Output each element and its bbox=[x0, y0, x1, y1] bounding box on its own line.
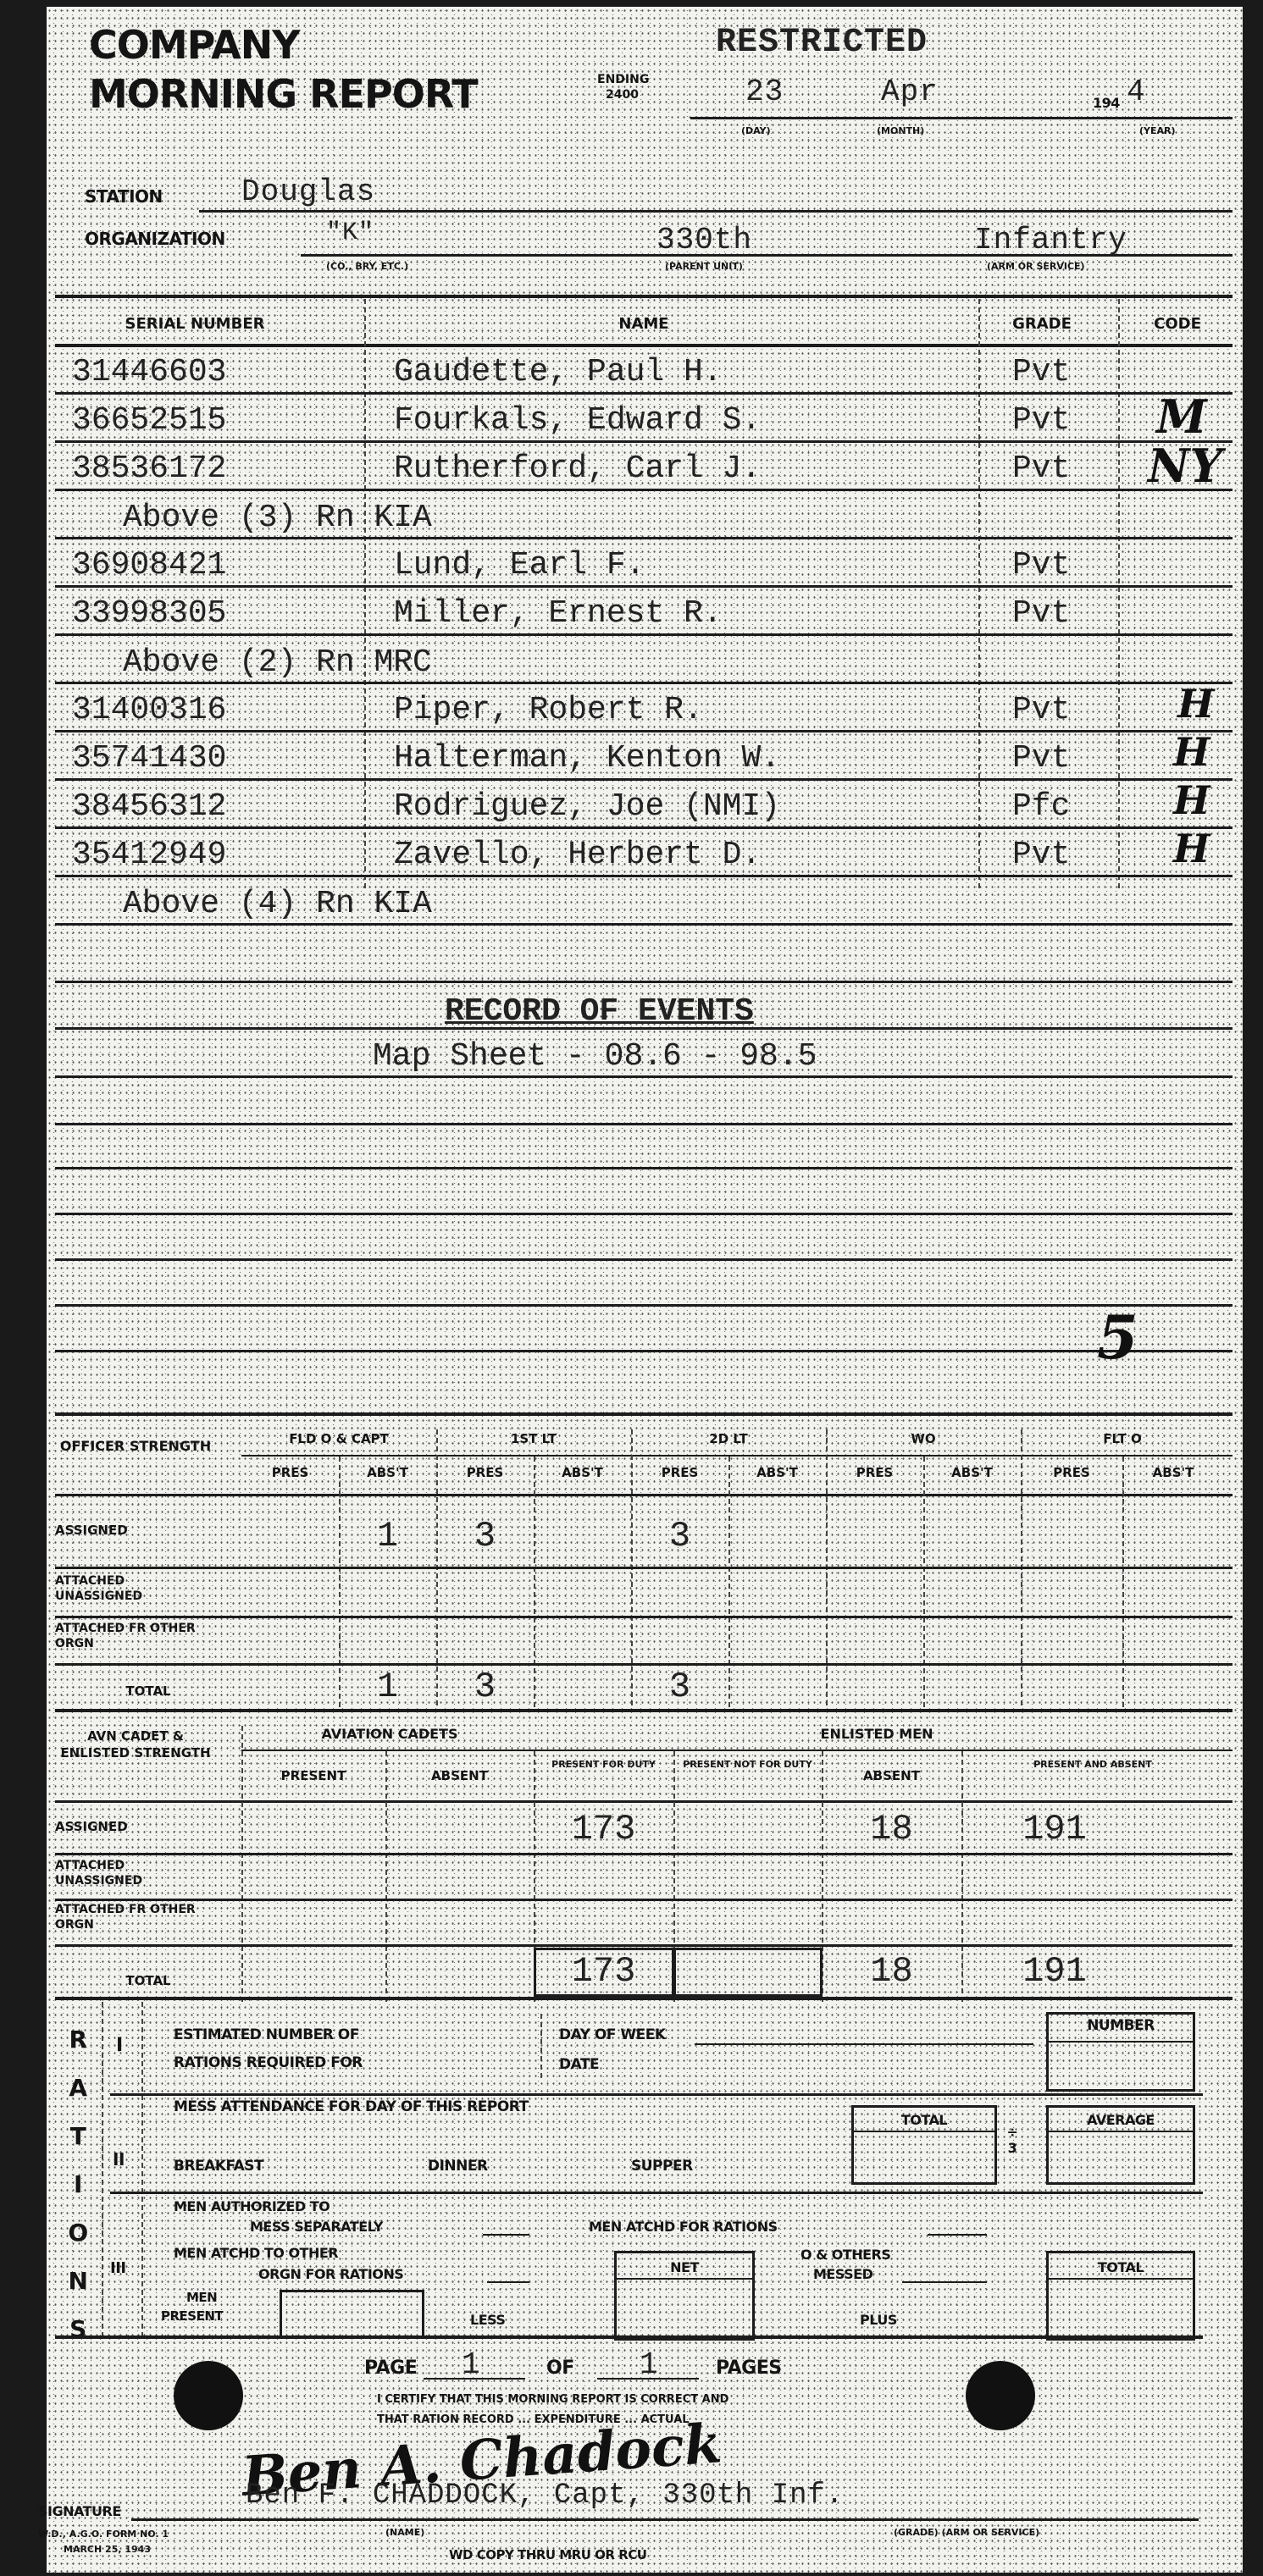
messed-field[interactable] bbox=[902, 2281, 987, 2283]
total-present-not-duty-box bbox=[673, 1948, 823, 1997]
report-day: 23 bbox=[745, 75, 784, 109]
total-pages: 1 bbox=[640, 2347, 659, 2382]
row-rule bbox=[55, 1350, 1233, 1352]
group-fld-capt: FLD O & CAPT bbox=[241, 1431, 436, 1446]
row-rule bbox=[55, 1853, 1233, 1855]
row-rule bbox=[55, 1304, 1233, 1307]
1st-lt-present-assigned: 3 bbox=[436, 1516, 534, 1556]
ending-label: ENDING bbox=[597, 73, 649, 86]
group-enlisted-men: ENLISTED MEN bbox=[707, 1726, 1046, 1742]
map-sheet-line: Map Sheet - 08.6 - 98.5 bbox=[373, 1038, 817, 1075]
soldier-name: Rutherford, Carl J. bbox=[394, 451, 761, 487]
date-label: DATE bbox=[559, 2056, 599, 2073]
col-divider bbox=[923, 1457, 925, 1711]
dinner-label[interactable]: DINNER bbox=[428, 2158, 488, 2175]
subcol: PRES bbox=[1021, 1465, 1122, 1480]
orgn-for-rations-field[interactable] bbox=[487, 2281, 529, 2283]
rations-divider bbox=[540, 2014, 542, 2081]
form-number: W.D., A.G.O. FORM NO. 1 bbox=[38, 2529, 169, 2540]
serial-number: 36908421 bbox=[72, 547, 226, 583]
parent-caption: (PARENT UNIT) bbox=[665, 261, 743, 272]
page-label: PAGE bbox=[364, 2358, 417, 2379]
ending-time-label: 2400 bbox=[606, 88, 639, 102]
rations-total-label: TOTAL bbox=[1046, 2259, 1195, 2275]
mess-separately-field[interactable] bbox=[483, 2234, 529, 2236]
row-rule bbox=[55, 826, 1233, 829]
mess-separately-label: MESS SEPARATELY bbox=[250, 2219, 383, 2235]
row-label-attached-unassigned: ATTACHED UNASSIGNED bbox=[55, 1858, 208, 1888]
date-underline bbox=[690, 117, 1233, 119]
handwritten-code: M bbox=[1156, 390, 1207, 444]
row-rule bbox=[110, 2192, 1203, 2194]
col-code: CODE bbox=[1127, 315, 1228, 333]
present-for-duty-total: 173 bbox=[534, 1951, 673, 1992]
row-rule bbox=[55, 392, 1233, 395]
handwritten-code: H bbox=[1173, 729, 1210, 775]
row-rule bbox=[1049, 2131, 1193, 2132]
row-label-attached-unassigned: ATTACHED UNASSIGNED bbox=[55, 1573, 208, 1604]
month-caption: (MONTH) bbox=[877, 125, 924, 136]
subcol: ABS'T bbox=[923, 1465, 1021, 1480]
row-rule bbox=[55, 585, 1233, 588]
plus-label: PLUS bbox=[860, 2312, 897, 2328]
officer-strength-title: OFFICER STRENGTH bbox=[59, 1438, 212, 1455]
col-divider bbox=[728, 1457, 730, 1711]
net-label: NET bbox=[614, 2259, 755, 2275]
present-and-absent-total: 191 bbox=[961, 1951, 1148, 1992]
section-divider bbox=[55, 2336, 1203, 2339]
side-letter: A bbox=[65, 2064, 91, 2112]
station-label: STATION bbox=[85, 186, 163, 207]
row-rule bbox=[55, 1616, 1233, 1618]
report-year: 4 bbox=[1127, 75, 1146, 109]
soldier-name: Zavello, Herbert D. bbox=[394, 837, 761, 873]
of-label: OF bbox=[546, 2358, 574, 2379]
row-rule bbox=[241, 1750, 1233, 1751]
o-others-label: O & OTHERS bbox=[800, 2247, 890, 2263]
present-for-duty-assigned: 173 bbox=[534, 1809, 673, 1849]
section-iii-number: III bbox=[110, 2259, 126, 2277]
grade: Pvt bbox=[1012, 402, 1070, 439]
grade: Pvt bbox=[1012, 740, 1070, 777]
row-rule bbox=[55, 489, 1233, 491]
present-and-absent-assigned: 191 bbox=[961, 1809, 1148, 1849]
grade: Pvt bbox=[1012, 837, 1070, 873]
serial-number: 38536172 bbox=[72, 451, 226, 487]
row-label-total: TOTAL bbox=[97, 1683, 199, 1699]
orgn-for-rations-label: ORGN FOR RATIONS bbox=[258, 2266, 403, 2282]
section-ii-number: II bbox=[113, 2149, 125, 2170]
fld-capt-absent-total: 1 bbox=[339, 1667, 436, 1707]
group-2d-lt: 2D LT bbox=[631, 1431, 826, 1446]
less-label: LESS bbox=[470, 2312, 505, 2328]
present-label: PRESENT bbox=[161, 2308, 223, 2324]
subcol: ABS'T bbox=[728, 1465, 826, 1480]
record-of-events-title: RECORD OF EVENTS bbox=[445, 993, 754, 1030]
pages-underline bbox=[597, 2378, 699, 2380]
form-title-morning-report: MORNING REPORT bbox=[89, 73, 478, 115]
row-rule bbox=[55, 1123, 1233, 1125]
col-divider bbox=[385, 1751, 387, 2005]
serial-number: 33998305 bbox=[72, 595, 226, 632]
handwritten-code: H bbox=[1173, 777, 1210, 823]
year-caption: (YEAR) bbox=[1139, 125, 1176, 136]
col-divider bbox=[1122, 1457, 1124, 1711]
subcol: PRES bbox=[241, 1465, 339, 1480]
estimated-rations-label: ESTIMATED NUMBER OF bbox=[174, 2026, 359, 2043]
col-cadet-absent: ABSENT bbox=[385, 1768, 534, 1783]
soldier-name: Piper, Robert R. bbox=[394, 692, 703, 728]
row-rule bbox=[55, 537, 1233, 539]
number-label: NUMBER bbox=[1046, 2017, 1195, 2034]
breakfast-label[interactable]: BREAKFAST bbox=[174, 2158, 263, 2175]
col-serial-number: SERIAL NUMBER bbox=[64, 315, 326, 333]
col-divider bbox=[1021, 1429, 1022, 1711]
row-rule bbox=[55, 875, 1233, 877]
row-rule bbox=[55, 1800, 1233, 1803]
form-title-company: COMPANY bbox=[89, 24, 300, 66]
supper-label[interactable]: SUPPER bbox=[631, 2158, 693, 2175]
grade: Pvt bbox=[1012, 354, 1070, 390]
roster-note: Above (2) Rn MRC bbox=[123, 644, 432, 681]
section-divider bbox=[55, 1997, 1233, 2000]
row-rule bbox=[617, 2278, 752, 2280]
binder-hole-right bbox=[966, 2361, 1035, 2430]
signer-typed-name: Ben F. CHADDOCK, Capt, 330th Inf. bbox=[246, 2479, 844, 2512]
group-1st-lt: 1ST LT bbox=[436, 1431, 631, 1446]
absent-assigned: 18 bbox=[822, 1809, 961, 1849]
serial-number: 38456312 bbox=[72, 788, 226, 825]
binder-hole-left bbox=[174, 2361, 243, 2430]
roster-header-rule bbox=[55, 344, 1233, 347]
subcol: ABS'T bbox=[1122, 1465, 1224, 1480]
fld-capt-absent-assigned: 1 bbox=[339, 1516, 436, 1556]
row-rule bbox=[55, 1663, 1233, 1666]
2d-lt-present-assigned: 3 bbox=[631, 1516, 728, 1556]
handwritten-code: NY bbox=[1148, 439, 1222, 493]
row-label-attached-fr-other: ATTACHED FR OTHER ORGN bbox=[55, 1902, 208, 1932]
rations-required-label: RATIONS REQUIRED FOR bbox=[174, 2054, 363, 2071]
day-of-week-field[interactable] bbox=[695, 2043, 1033, 2045]
row-rule bbox=[55, 1944, 1233, 1947]
col-present-for-duty: PRESENT FOR DUTY bbox=[534, 1758, 673, 1772]
row-rule bbox=[854, 2131, 994, 2132]
row-rule bbox=[1049, 2278, 1193, 2280]
grade: Pfc bbox=[1012, 788, 1070, 825]
men-atchd-other-label: MEN ATCHD TO OTHER bbox=[174, 2245, 338, 2261]
men-atchd-rations-label: MEN ATCHD FOR RATIONS bbox=[589, 2219, 778, 2235]
row-rule bbox=[55, 730, 1233, 732]
col-divider bbox=[826, 1429, 828, 1711]
men-present-label: MEN bbox=[186, 2290, 217, 2305]
unit-caption: (CO., BRY, ETC.) bbox=[326, 261, 408, 272]
col-present-not-for-duty: PRESENT NOT FOR DUTY bbox=[673, 1758, 822, 1772]
row-label-attached-fr-other: ATTACHED FR OTHER ORGN bbox=[55, 1621, 208, 1651]
row-rule bbox=[55, 981, 1233, 983]
section-divider bbox=[55, 1709, 1233, 1712]
serial-number: 31400316 bbox=[72, 692, 226, 728]
row-rule bbox=[55, 1494, 1233, 1496]
group-wo: WO bbox=[826, 1431, 1021, 1446]
report-month: Apr bbox=[881, 75, 939, 109]
margin-mark: 5 bbox=[1097, 1302, 1138, 1373]
col-enlisted-absent: ABSENT bbox=[822, 1768, 961, 1783]
row-rule bbox=[55, 923, 1233, 926]
soldier-name: Gaudette, Paul H. bbox=[394, 354, 723, 390]
subcol: ABS'T bbox=[339, 1465, 436, 1480]
row-rule bbox=[55, 1258, 1233, 1261]
grade: Pvt bbox=[1012, 692, 1070, 728]
side-letter: R bbox=[65, 2015, 91, 2064]
serial-number: 31446603 bbox=[72, 354, 226, 390]
grade: Pvt bbox=[1012, 595, 1070, 632]
men-atchd-rations-field[interactable] bbox=[928, 2234, 987, 2236]
station-underline bbox=[199, 210, 1233, 213]
col-name: NAME bbox=[368, 315, 919, 333]
roster-col-divider bbox=[364, 299, 366, 892]
side-letter: O bbox=[65, 2208, 91, 2257]
section-divider bbox=[55, 1412, 1233, 1416]
row-rule bbox=[55, 1213, 1233, 1215]
row-rule bbox=[55, 1567, 1233, 1569]
group-aviation-cadets: AVIATION CADETS bbox=[241, 1726, 538, 1742]
org-arm-service: Infantry bbox=[974, 223, 1127, 257]
side-letter: N bbox=[65, 2257, 91, 2305]
signature-line bbox=[131, 2518, 1199, 2521]
day-caption: (DAY) bbox=[741, 125, 771, 136]
day-of-week-label: DAY OF WEEK bbox=[559, 2026, 666, 2043]
enlisted-strength-title: AVN CADET & ENLISTED STRENGTH bbox=[59, 1727, 212, 1761]
soldier-name: Rodriguez, Joe (NMI) bbox=[394, 788, 780, 825]
soldier-name: Halterman, Kenton W. bbox=[394, 740, 780, 777]
col-present-and-absent: PRESENT AND ABSENT bbox=[961, 1758, 1224, 1772]
roster-note: Above (3) Rn KIA bbox=[123, 500, 432, 536]
year-prefix: 194 bbox=[1093, 95, 1120, 111]
subcol: PRES bbox=[436, 1465, 534, 1480]
classification-stamp: RESTRICTED bbox=[716, 24, 928, 62]
roster-col-divider bbox=[978, 299, 980, 892]
subcol: PRES bbox=[631, 1465, 728, 1480]
subcol: ABS'T bbox=[534, 1465, 631, 1480]
row-rule bbox=[55, 778, 1233, 781]
page-underline bbox=[424, 2378, 525, 2380]
signature-label: SIGNATURE bbox=[38, 2503, 121, 2519]
row-label-assigned: ASSIGNED bbox=[55, 1523, 208, 1538]
men-authorized-label: MEN AUTHORIZED TO bbox=[174, 2198, 330, 2214]
certification-line-1: I CERTIFY THAT THIS MORNING REPORT IS CO… bbox=[377, 2393, 728, 2406]
side-letter: I bbox=[65, 2160, 91, 2208]
serial-number: 36652515 bbox=[72, 402, 226, 439]
arm-caption: (ARM OR SERVICE) bbox=[987, 261, 1085, 272]
header-divider bbox=[55, 295, 1233, 298]
row-rule bbox=[55, 1167, 1233, 1169]
row-label-total: TOTAL bbox=[97, 1973, 199, 1988]
soldier-name: Lund, Earl F. bbox=[394, 547, 645, 583]
2d-lt-present-total: 3 bbox=[631, 1667, 728, 1707]
organization-underline bbox=[301, 254, 1233, 257]
grade: Pvt bbox=[1012, 451, 1070, 487]
organization-label: ORGANIZATION bbox=[85, 229, 225, 249]
row-rule bbox=[55, 440, 1233, 443]
station-value: Douglas bbox=[241, 174, 375, 209]
handwritten-code: H bbox=[1177, 681, 1214, 727]
col-grade: GRADE bbox=[983, 315, 1101, 333]
org-unit: "K" bbox=[326, 218, 374, 247]
men-present-box[interactable] bbox=[280, 2290, 424, 2339]
row-rule bbox=[110, 2093, 1203, 2096]
rations-side-label: R A T I O N S bbox=[65, 2015, 91, 2353]
wd-copy-label: WD COPY THRU MRU OR RCU bbox=[449, 2547, 646, 2562]
row-rule bbox=[55, 1027, 1233, 1030]
col-divider bbox=[534, 1457, 535, 1711]
org-parent-unit: 330th bbox=[656, 223, 752, 257]
soldier-name: Fourkals, Edward S. bbox=[394, 402, 761, 439]
row-rule bbox=[55, 682, 1233, 684]
grade: Pvt bbox=[1012, 547, 1070, 583]
serial-number: 35412949 bbox=[72, 837, 226, 873]
1st-lt-present-total: 3 bbox=[436, 1667, 534, 1707]
section-i-number: I bbox=[116, 2035, 123, 2056]
handwritten-code: H bbox=[1173, 826, 1210, 871]
col-divider bbox=[241, 1726, 243, 2005]
row-label-assigned: ASSIGNED bbox=[55, 1819, 208, 1834]
serial-number: 35741430 bbox=[72, 740, 226, 777]
subcol: PRES bbox=[826, 1465, 923, 1480]
morning-report-sheet: COMPANY MORNING REPORT RESTRICTED ENDING… bbox=[47, 7, 1243, 2573]
average-label: AVERAGE bbox=[1046, 2112, 1195, 2128]
grade-caption: (GRADE) (ARM OR SERVICE) bbox=[894, 2527, 1039, 2538]
group-flt-o: FLT O bbox=[1021, 1431, 1224, 1446]
row-rule bbox=[241, 1455, 1233, 1457]
form-date: MARCH 25, 1943 bbox=[64, 2544, 151, 2555]
roster-note: Above (4) Rn KIA bbox=[123, 886, 432, 922]
name-caption: (NAME) bbox=[385, 2527, 424, 2538]
row-rule bbox=[55, 633, 1233, 636]
absent-total: 18 bbox=[822, 1951, 961, 1992]
mess-total-label: TOTAL bbox=[851, 2112, 997, 2128]
messed-label: MESSED bbox=[813, 2266, 872, 2282]
side-letter: S bbox=[65, 2305, 91, 2353]
col-cadet-present: PRESENT bbox=[241, 1768, 385, 1783]
row-rule bbox=[55, 1899, 1233, 1901]
row-rule bbox=[55, 1075, 1233, 1078]
rations-divider bbox=[141, 2002, 143, 2341]
mess-attendance-label: MESS ATTENDANCE FOR DAY OF THIS REPORT bbox=[174, 2098, 529, 2115]
soldier-name: Miller, Ernest R. bbox=[394, 595, 723, 632]
row-rule bbox=[1049, 2041, 1193, 2043]
divide-by-three: ÷ 3 bbox=[1000, 2124, 1024, 2156]
rations-divider bbox=[102, 2002, 103, 2341]
roster-col-divider bbox=[1118, 299, 1120, 892]
page-number: 1 bbox=[462, 2347, 481, 2382]
side-letter: T bbox=[65, 2112, 91, 2160]
pages-label: PAGES bbox=[716, 2358, 782, 2379]
